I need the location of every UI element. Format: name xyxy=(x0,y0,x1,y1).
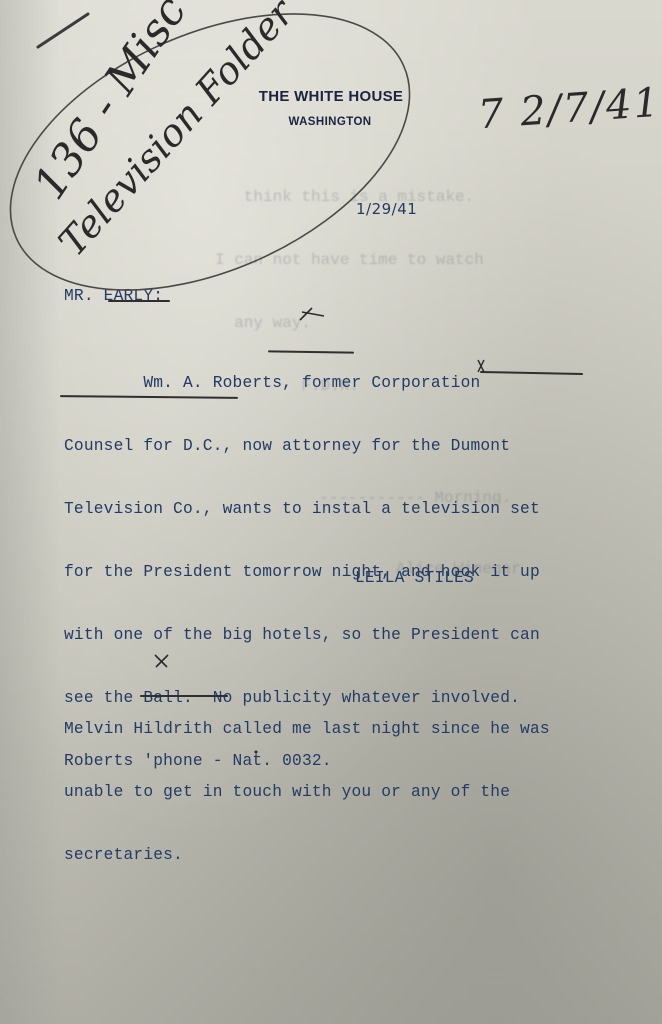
letterhead-title: THE WHITE HOUSE xyxy=(240,88,422,105)
memo-sheet: think this is a mistake. I can not have … xyxy=(0,0,662,1024)
bleed-line: think this is a mistake. xyxy=(215,187,484,208)
body-line: Counsel for D.C., now attorney for the D… xyxy=(64,436,540,457)
body-line: with one of the big hotels, so the Presi… xyxy=(64,625,540,646)
memo-addressee: MR. EARLY: xyxy=(64,286,163,307)
underline-hildrith xyxy=(140,695,228,697)
body-line: Television Co., wants to instal a televi… xyxy=(64,499,540,520)
underline-early xyxy=(108,300,170,302)
postscript-line: secretaries. xyxy=(64,845,550,866)
postscript-line: Melvin Hildrith called me last night sin… xyxy=(64,719,550,740)
memo-date: 1/29/41 xyxy=(356,199,417,220)
memo-signature: LEILA STILES xyxy=(355,568,474,589)
letterhead-city: WASHINGTON xyxy=(272,116,388,128)
bleed-line: I can not have time to watch xyxy=(215,250,484,271)
staple-mark xyxy=(38,14,88,47)
body-line: Wm. A. Roberts, former Corporation xyxy=(64,373,540,394)
memo-postscript: Melvin Hildrith called me last night sin… xyxy=(64,677,550,908)
postscript-line: unable to get in touch with you or any o… xyxy=(64,782,550,803)
handwritten-filed-date: 7 2/7/41 xyxy=(477,80,662,139)
